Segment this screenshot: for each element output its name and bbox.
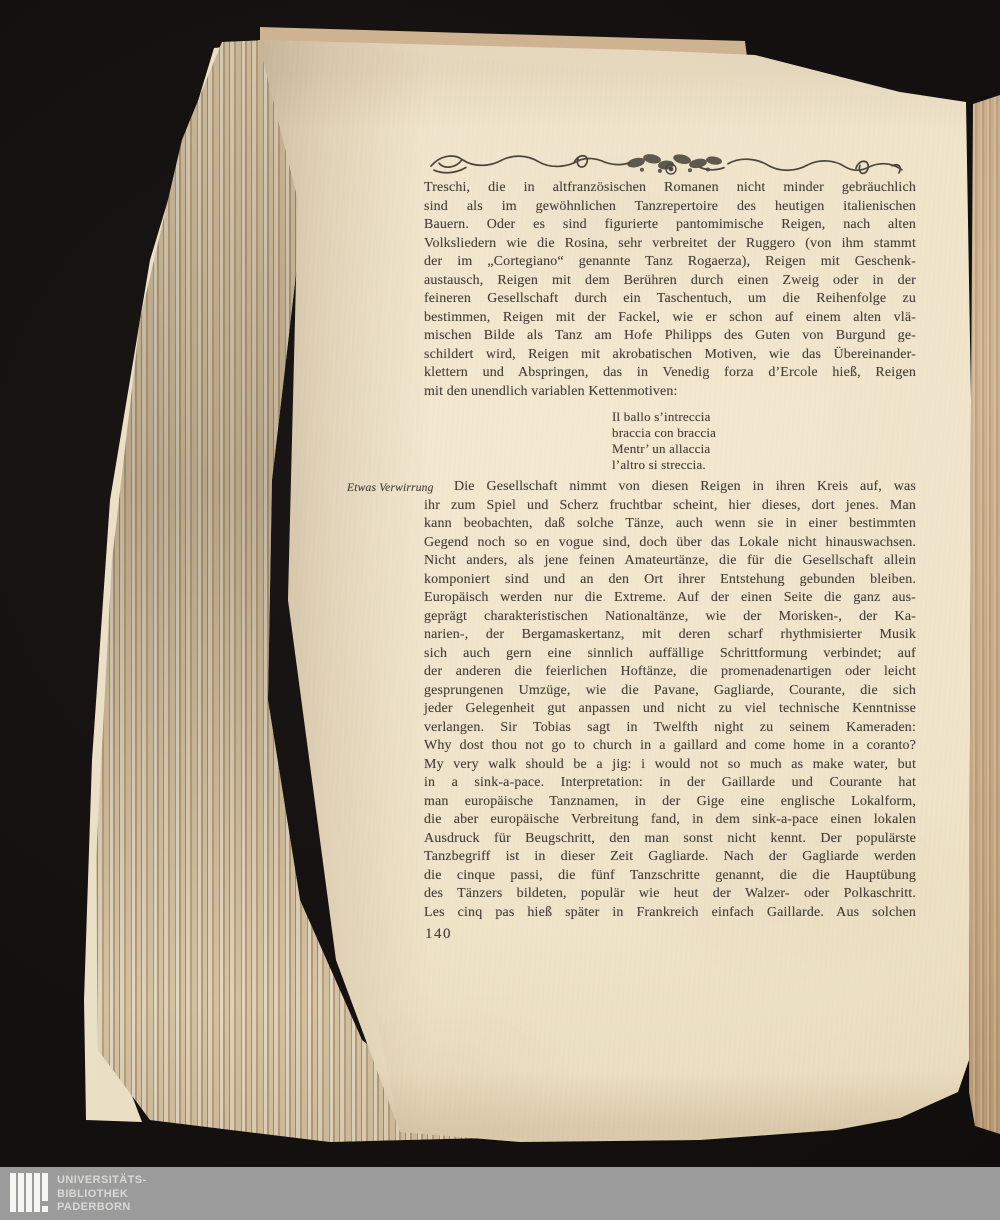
text-line: narien-, der Bergamaskertanz, mit deren … — [424, 626, 916, 645]
text-line: Treschi, die in altfranzösischen Romanen… — [424, 179, 916, 198]
paragraph-2: Die Gesellschaft nimmt von diesen Reigen… — [424, 478, 916, 922]
text-line: der im „Cortegiano“ genannte Tanz Rogaer… — [424, 253, 916, 272]
text-line: mischen Bilde als Tanz am Hofe Philipps … — [424, 327, 916, 346]
floral-ornament-icon — [428, 147, 906, 183]
text-line: Les cinq pas hieß später in Frankreich e… — [424, 904, 916, 923]
text-line: Volksliedern wie die Rosina, sehr verbre… — [424, 235, 916, 254]
text-line: Bauern. Oder es sind figurierte pantomim… — [424, 216, 916, 235]
text-line: Why dost thou not go to church in a gail… — [424, 737, 916, 756]
text-line: klettern und Abspringen, das in Venedig … — [424, 364, 916, 383]
text-line: des Tänzers bildeten, populär wie heut d… — [424, 885, 916, 904]
text-line: PADERBORN — [57, 1201, 147, 1215]
text-line: komponiert sind und an den Ort ihrer Ent… — [424, 571, 916, 590]
text-line: Die Gesellschaft nimmt von diesen Reigen… — [424, 478, 916, 497]
text-line: Ausdruck für Beugschritt, den man sonst … — [424, 830, 916, 849]
text-line: My very walk should be a jig: i would no… — [424, 756, 916, 775]
text-line: feineren Gesellschaft durch ein Taschent… — [424, 290, 916, 309]
library-footer-bar: UNIVERSITÄTS-BIBLIOTHEKPADERBORN — [0, 1167, 1000, 1220]
text-line: Il ballo s’intreccia — [612, 409, 716, 425]
text-line: der anderen die feierlichen Hoftänze, di… — [424, 663, 916, 682]
text-line: jeder Gelegenheit gut anpassen und nicht… — [424, 700, 916, 719]
text-line: bestimmen, Reigen mit der Fackel, wie er… — [424, 309, 916, 328]
library-name: UNIVERSITÄTS-BIBLIOTHEKPADERBORN — [57, 1174, 147, 1215]
book-scan: Treschi, die in altfranzösischen Romanen… — [0, 0, 1000, 1220]
text-line: austausch, Reigen mit dem Berühren durch… — [424, 272, 916, 291]
text-line: braccia con braccia — [612, 425, 716, 441]
text-line: UNIVERSITÄTS- — [57, 1174, 147, 1188]
text-line: BIBLIOTHEK — [57, 1188, 147, 1202]
margin-note: Etwas Verwirrung — [347, 482, 434, 494]
poem-quote: Il ballo s’intrecciabraccia con bracciaM… — [612, 409, 716, 473]
text-line: die cinque passi, die fünf Tanzschritte … — [424, 867, 916, 886]
text-line: in a sink-a-pace. Interpretation: in der… — [424, 774, 916, 793]
paragraph-1: Treschi, die in altfranzösischen Romanen… — [424, 179, 916, 401]
text-line: mit den unendlich variablen Kettenmotive… — [424, 383, 916, 402]
text-line: sind als im gewöhnlichen Tanzrepertoire … — [424, 198, 916, 217]
text-line: man europäische Tanznamen, in der Gige e… — [424, 793, 916, 812]
text-line: Gegend noch so en vogue sind, doch über … — [424, 534, 916, 553]
library-logo-icon — [10, 1173, 50, 1218]
text-line: Mentr’ un allaccia — [612, 441, 716, 457]
text-line: verlangen. Sir Tobias sagt in Twelfth ni… — [424, 719, 916, 738]
text-line: Tanzbegriff ist in dieser Zeit Gagliarde… — [424, 848, 916, 867]
text-line: schildert wird, Reigen mit akrobatischen… — [424, 346, 916, 365]
text-line: l’altro si streccia. — [612, 457, 716, 473]
text-line: die aber europäische Verbreitung fand, i… — [424, 811, 916, 830]
text-line: Europäisch werden nur die Extreme. Auf d… — [424, 589, 916, 608]
page-number: 140 — [425, 926, 452, 943]
text-line: gesprungenen Umzüge, wie die Pavane, Gag… — [424, 682, 916, 701]
text-line: sich auch gern eine sinnlich auffällige … — [424, 645, 916, 664]
text-line: geprägt charakteristischen Nationaltänze… — [424, 608, 916, 627]
text-line: ihr zum Spiel und Scherz fruchtbar schei… — [424, 497, 916, 516]
text-line: kann beobachten, daß solche Tänze, auch … — [424, 515, 916, 534]
text-line: Nicht anders, als jene feinen Amateurtän… — [424, 552, 916, 571]
